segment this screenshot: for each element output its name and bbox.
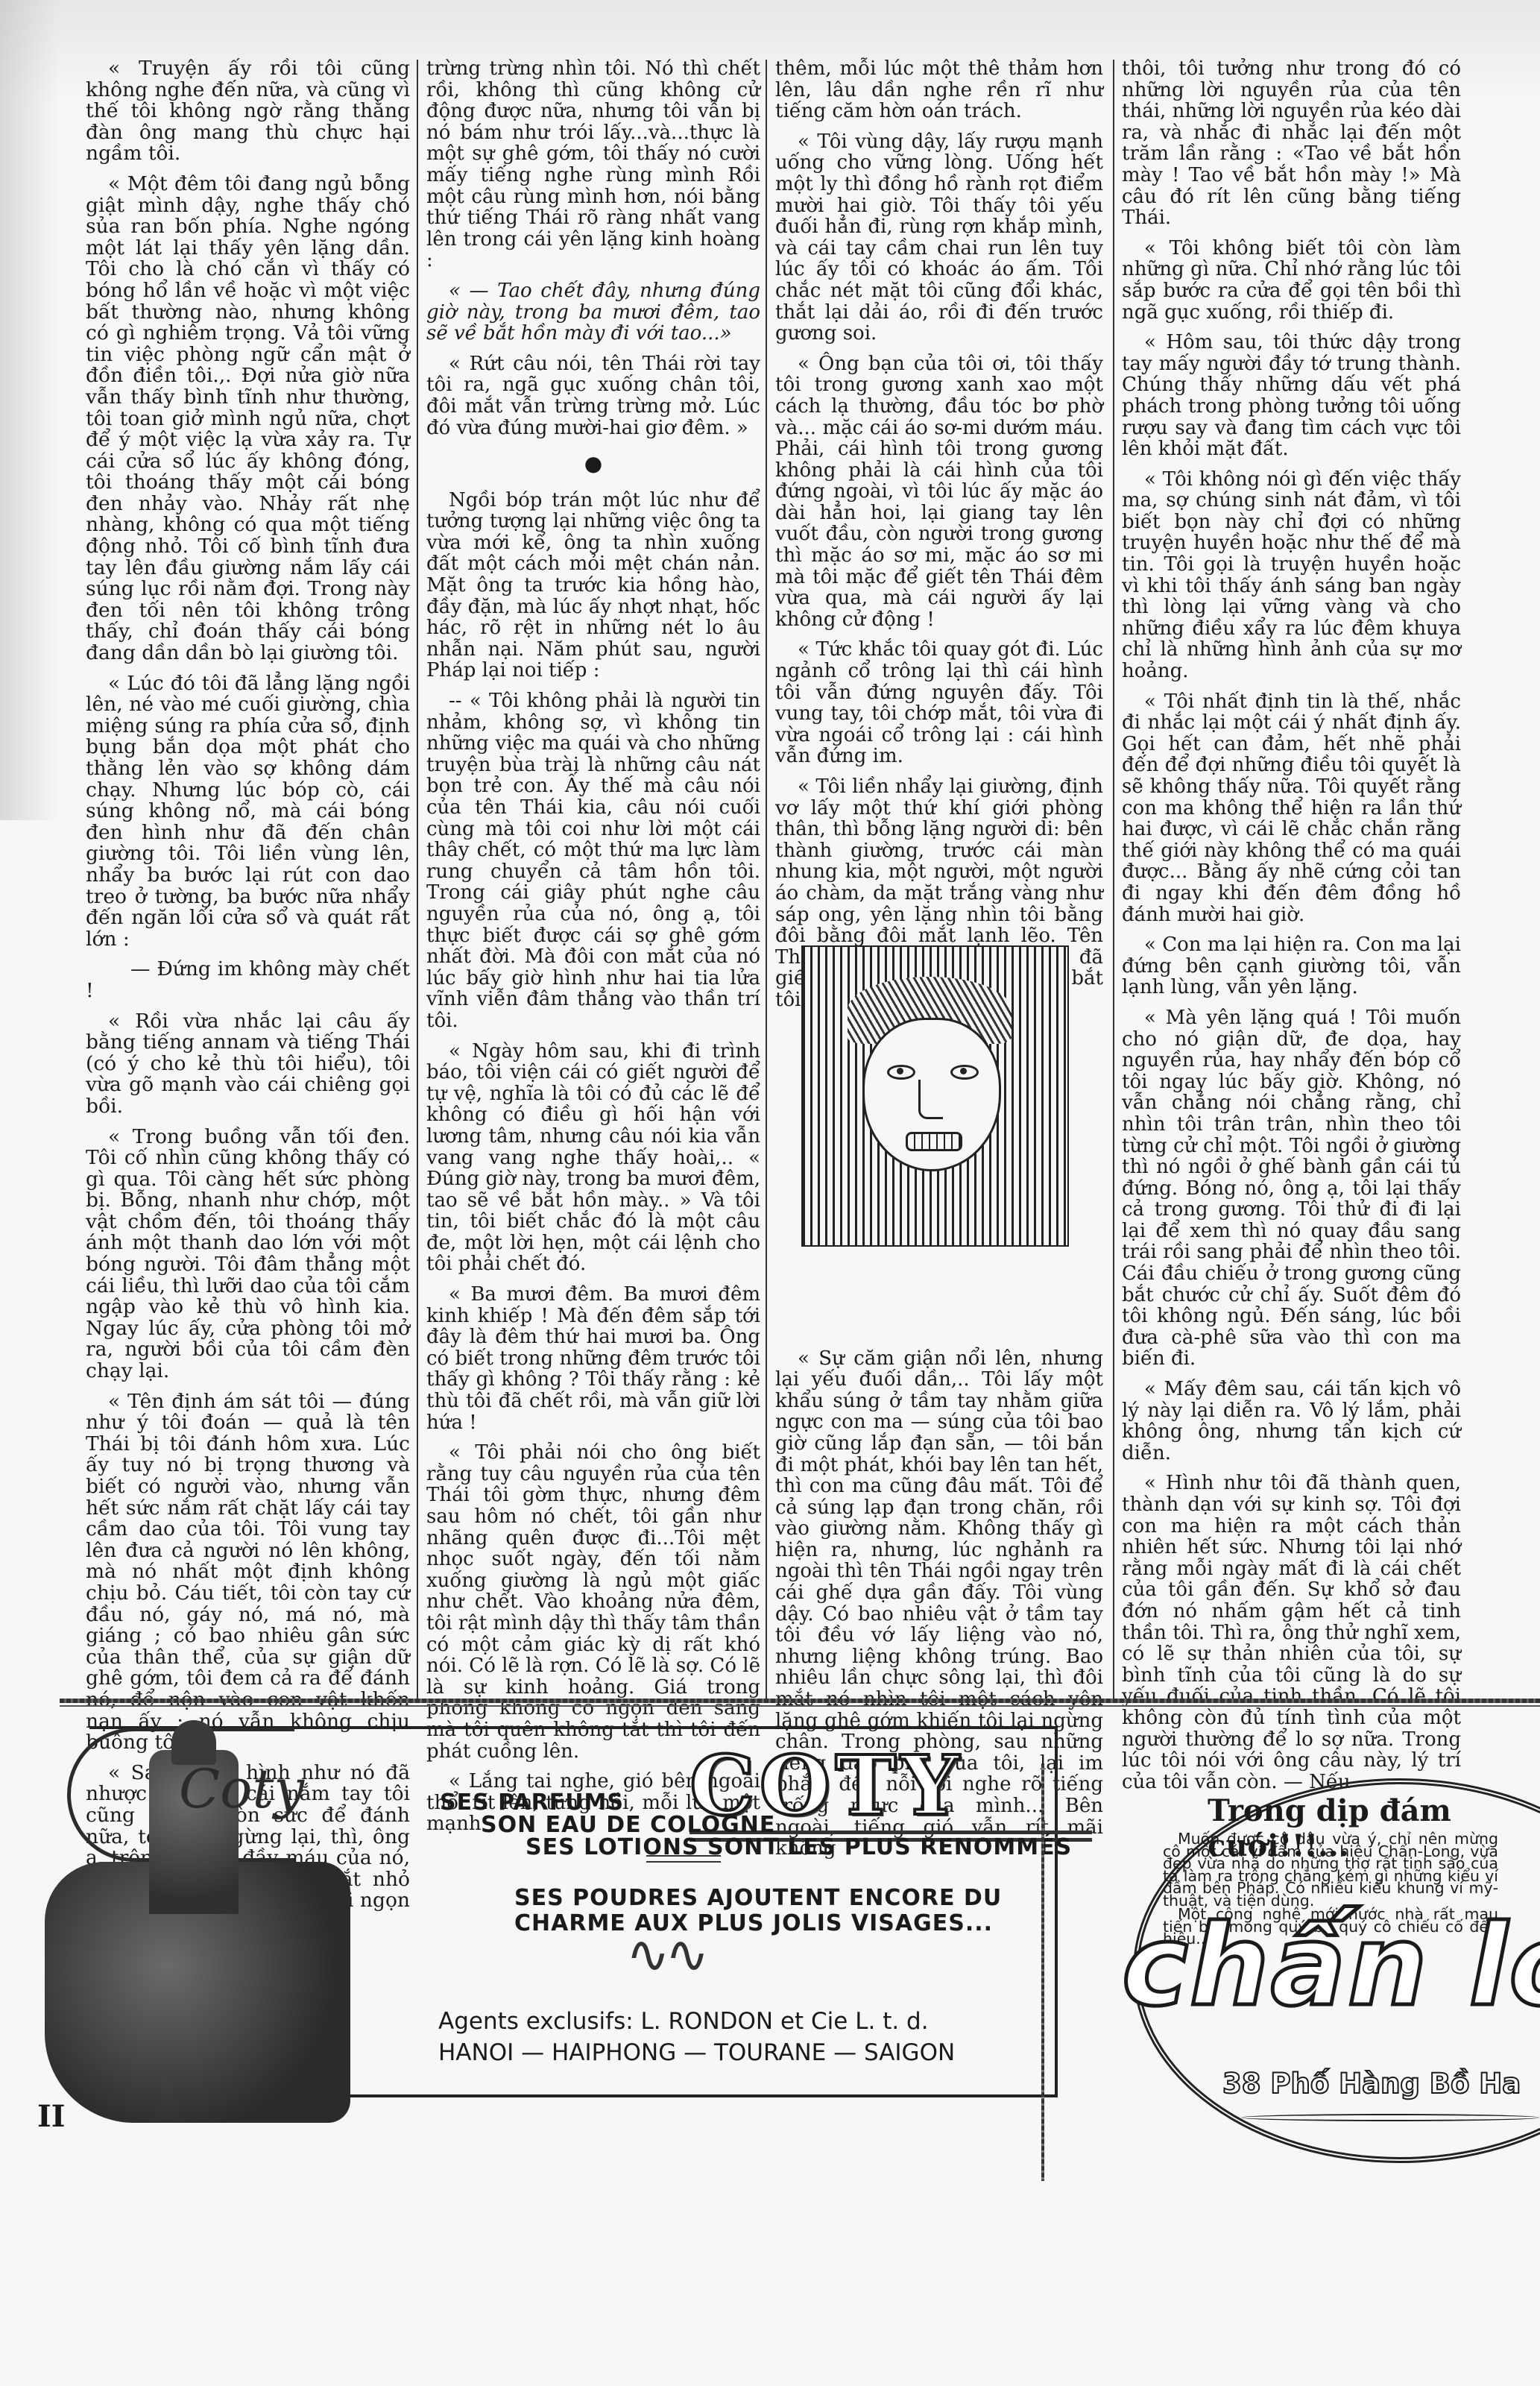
article-column-1: « Truyện ấy rồi tôi cũng không nghe đến … (86, 58, 410, 1942)
chan-long-address: 38 Phố Hàng Bồ Ha (1222, 2068, 1521, 2100)
curse-quote: « — Tao chết đây, nhưng đúng giờ này, tr… (426, 280, 760, 344)
paragraph: « Tôi nhất định tin là thế, nhắc đi nhắc… (1122, 691, 1461, 926)
paragraph: « Mấy đêm sau, cái tấn kịch vô lý này lạ… (1122, 1379, 1461, 1464)
paragraph: « Tôi không biết tôi còn làm những gì nữ… (1122, 238, 1461, 323)
coty-product-line: SES LOTIONS SONT LES PLUS RENOMMÉS (526, 1834, 1072, 1860)
paragraph: -- « Tôi không phải là người tin nhảm, k… (426, 690, 760, 1032)
coty-tagline: CHARME AUX PLUS JOLIS VISAGES... (514, 1910, 993, 1936)
paragraph: « Rồi vừa nhắc lại câu ấy bằng tiếng ann… (86, 1011, 410, 1118)
paragraph: Ngồi bóp trán một lúc như để tưởng tượng… (426, 490, 760, 682)
coty-divider (646, 1855, 721, 1863)
paragraph: thêm, mỗi lúc một thê thảm hơn lên, lâu … (775, 58, 1103, 122)
paragraph: trừng trừng nhìn tôi. Nó thì chết rồi, k… (426, 58, 760, 271)
chan-long-brand-logo: chấn long (1122, 1901, 1540, 2031)
address-underline (1241, 2114, 1539, 2121)
paragraph: « Lúc đó tôi đã lẳng lặng ngồi lên, né v… (86, 673, 410, 951)
paragraph: « Rứt câu nói, tên Thái rời tay tôi ra, … (426, 353, 760, 438)
dialogue-line: — Đứng im không mày chết ! (86, 959, 410, 1001)
coty-cities: HANOI — HAIPHONG — TOURANE — SAIGON (438, 2039, 955, 2066)
paragraph: « Hình như tôi đã thành quen, thành dạn … (1122, 1473, 1461, 1792)
paragraph: « Truyện ấy rồi tôi cũng không nghe đến … (86, 58, 410, 165)
paragraph: « Hôm sau, tôi thức dậy trong tay mấy ng… (1122, 332, 1461, 460)
coty-agents: Agents exclusifs: L. RONDON et Cie L. t.… (438, 2008, 929, 2035)
paragraph: « Trong buồng vẫn tối đen. Tôi cố nhìn c… (86, 1127, 410, 1382)
advert-separator-rule-thin (60, 1705, 1540, 1707)
nose (918, 1080, 943, 1119)
woodcut-portrait-illustration (801, 945, 1069, 1247)
curse-quote-text: « — Tao chết đây, nhưng đúng giờ này, tr… (426, 280, 760, 344)
paragraph: « Ngày hôm sau, khi đi trình báo, tôi vi… (426, 1041, 760, 1276)
paragraph: « Con ma lại hiện ra. Con ma lại đứng bê… (1122, 934, 1461, 998)
chan-long-paragraph: Muốn được cô dâu vừa ý, chỉ nên mừng cô … (1163, 1833, 1498, 1907)
column-divider (417, 60, 418, 1700)
paragraph: « Tôi phải nói cho ông biết rằng tuy câu… (426, 1442, 760, 1762)
face (862, 1018, 1001, 1171)
right-eye (950, 1065, 979, 1080)
paragraph: « Mà yên lặng quá ! Tôi muốn cho nó giận… (1122, 1007, 1461, 1370)
paragraph: « Ông bạn của tôi ơi, tôi thấy tôi trong… (775, 353, 1103, 631)
paragraph: « Tức khắc tôi quay gót đi. Lúc ngảnh cổ… (775, 639, 1103, 767)
left-eye (887, 1065, 915, 1080)
section-break-dot: ● (426, 453, 760, 475)
perfume-bottle-icon: Coty (45, 1720, 388, 2138)
coty-tagline: SES POUDRES AJOUTENT ENCORE DU (514, 1885, 1002, 1911)
paragraph: « Tôi vùng dậy, lấy rượu mạnh uống cho v… (775, 131, 1103, 344)
column-divider (1113, 60, 1114, 1700)
paragraph: thôi, tôi tưởng như trong đó có những lờ… (1122, 58, 1461, 229)
wave-ornament-icon: ∿∿ (626, 1924, 704, 1985)
paragraph: « Một đêm tôi đang ngủ bỗng giật mình dậ… (86, 174, 410, 664)
coty-script-logo: Coty (179, 1757, 304, 1820)
paragraph: « Tôi không nói gì đến việc thấy ma, sợ … (1122, 469, 1461, 682)
article-column-4: thôi, tôi tưởng như trong đó có những lờ… (1122, 58, 1461, 1801)
scan-noise-left (0, 0, 60, 820)
paragraph: « Ba mươi đêm. Ba mươi đêm kinh khiếp ! … (426, 1284, 760, 1433)
article-column-2: trừng trừng nhìn tôi. Nó thì chết rồi, k… (426, 58, 760, 1844)
mouth (906, 1132, 962, 1151)
advert-separator-rule (60, 1699, 1540, 1703)
ad-border-left (1041, 1763, 1044, 2181)
page-number: II (37, 2099, 65, 2134)
column-divider (766, 60, 767, 1700)
